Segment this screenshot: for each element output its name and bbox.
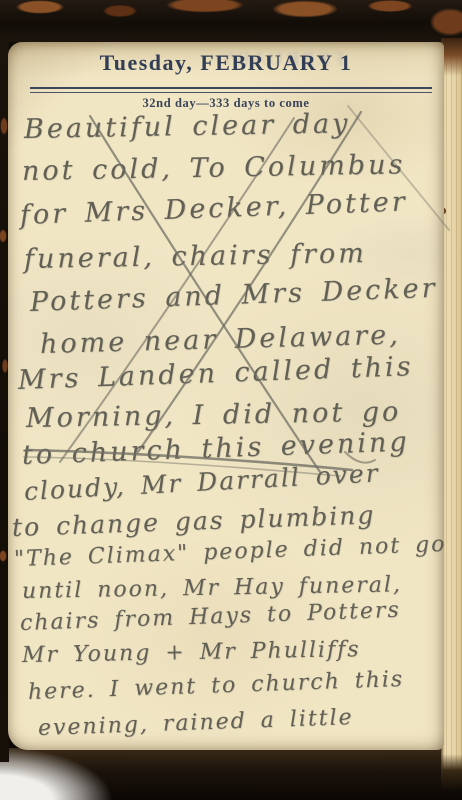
page-edge-top-wear xyxy=(441,38,462,76)
handwriting-line-2: not cold, To Columbus xyxy=(22,149,406,187)
handwriting-line-5: Potters and Mrs Decker xyxy=(29,273,438,318)
handwriting-line-17: evening, rained a little xyxy=(38,705,354,741)
page-edge-stack xyxy=(441,38,462,790)
book-binding-top xyxy=(0,0,462,42)
diary-page: FEBRUARY Tuesday, FEBRUARY 1 32nd day—33… xyxy=(8,42,444,750)
day-count-subtitle: 32nd day—333 days to come xyxy=(8,96,444,111)
handwriting-line-4: funeral, chairs from xyxy=(24,238,367,275)
handwriting-line-15: Mr Young + Mr Phulliffs xyxy=(22,637,361,668)
page-edge-bottom-wear xyxy=(441,754,462,790)
diary-scan-photo: FEBRUARY Tuesday, FEBRUARY 1 32nd day—33… xyxy=(0,0,462,800)
handwriting-line-14: chairs from Hays to Potters xyxy=(20,598,402,636)
handwriting-line-3: for Mrs Decker, Potter xyxy=(19,186,408,231)
header-double-rule xyxy=(30,87,432,93)
handwriting-line-16: here. I went to church this xyxy=(28,667,405,705)
date-title: Tuesday, FEBRUARY 1 xyxy=(8,50,444,76)
handwriting-line-1: Beautiful clear day xyxy=(24,108,351,145)
